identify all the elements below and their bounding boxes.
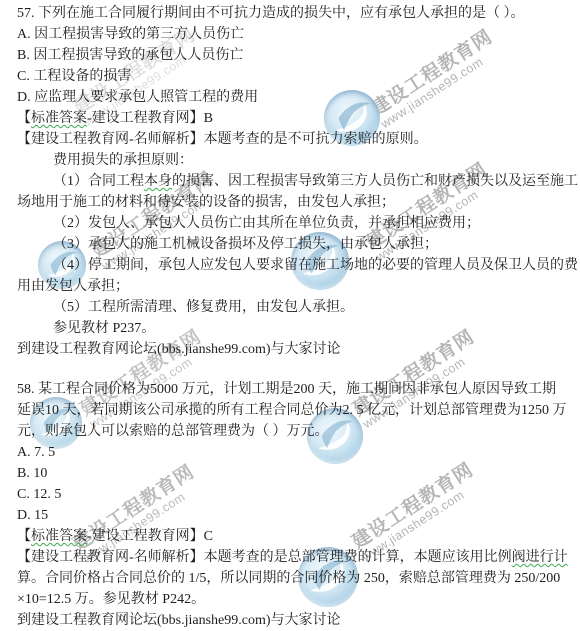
text-segment: （4）停工期间，承包人应发包人要求留在施工场地的必要的管理人员及保卫人员的费 [53,258,578,273]
text-line: 算。合同价格占合同总价的 1/5，所以同期的合同价格为 250，索赔总部管理费为… [17,568,580,589]
text-segment: 费用损失的承担原则： [53,153,193,168]
grammar-marked-text: 标准答案 [31,529,87,544]
text-line: 延误10 天，若同期该公司承揽的所有工程合同总价为2. 5 亿元，计划总部管理费… [17,400,580,421]
text-line: （2）发包人、承包人人员伤亡由其所在单位负责，并承担相应费用； [17,213,580,234]
grammar-marked-text: 标准答案 [31,111,87,126]
text-segment: 延误10 天，若同期该公司承揽的所有工程合同总价为2. 5 亿元，计划总部管理费… [17,403,567,418]
exam-content: 57. 下列在施工合同履行期间由不可抗力造成的损失中，应有承包人承担的是（ ）。… [17,3,580,631]
text-line: 费用损失的承担原则： [17,150,580,171]
text-segment: D. 15 [17,508,48,523]
text-line: C. 工程设备的损害 [17,66,580,87]
block-gap [17,360,580,379]
text-segment: 元，则承包人可以索赔的总部管理费为（ ）万元。 [17,424,329,439]
text-segment: 57. 下列在施工合同履行期间由不可抗力造成的损失中，应有承包人承担的是（ ）。 [17,6,525,21]
text-line: A. 因工程损害导致的第三方人员伤亡 [17,24,580,45]
text-segment: 参见教材 P237。 [53,321,155,336]
grammar-marked-text: 本身 [144,174,172,189]
text-line: C. 12. 5 [17,484,580,505]
text-line: 【建设工程教育网-名师解析】本题考查的是不可抗力索赔的原则。 [17,129,580,150]
text-line: 【建设工程教育网-名师解析】本题考查的是总部管理费的计算，本题应该用比例阀进行计 [17,547,580,568]
text-segment: C. 12. 5 [17,487,61,502]
text-segment: 【建设工程教育网-名师解析】本题考查的是总部管理费的计算，本题应该用比例 [17,550,512,565]
text-line: 场地用于施工的材料和待安装的设备的损害，由发包人承担； [17,192,580,213]
text-line: 元，则承包人可以索赔的总部管理费为（ ）万元。 [17,421,580,442]
text-segment: 算。合同价格占合同总价的 1/5，所以同期的合同价格为 250，索赔总部管理费为… [17,571,560,586]
text-line: B. 10 [17,463,580,484]
text-segment: 到建设工程教育网论坛(bbs.jianshe99.com)与大家讨论 [17,342,341,357]
text-line: 57. 下列在施工合同履行期间由不可抗力造成的损失中，应有承包人承担的是（ ）。 [17,3,580,24]
text-line: D. 应监理人要求承包人照管工程的费用 [17,87,580,108]
text-segment: C. 工程设备的损害 [17,69,131,84]
text-segment: B. 因工程损害导致的承包人人员伤亡 [17,48,243,63]
text-line: 参见教材 P237。 [17,318,580,339]
text-line: 【标准答案-建设工程教育网】C [17,526,580,547]
text-segment: ×10=12.5 万。参见教材 P242。 [17,592,205,607]
text-line: （4）停工期间，承包人应发包人要求留在施工场地的必要的管理人员及保卫人员的费 [17,255,580,276]
text-line: 到建设工程教育网论坛(bbs.jianshe99.com)与大家讨论 [17,339,580,360]
text-segment: 【建设工程教育网-名师解析】本题考查的是不可抗力索赔的原则。 [17,132,428,147]
text-segment: 用由发包人承担； [17,279,129,294]
text-segment: （3）承包人的施工机械设备损坏及停工损失，由承包人承担； [53,237,438,252]
text-line: 用由发包人承担； [17,276,580,297]
text-segment: 58. 某工程合同价格为5000 万元，计划工期是200 天，施工期间因非承包人… [17,382,556,397]
text-segment: 的损害、因工程损害导致第三方人员伤亡和财产损失以及运至施工 [172,174,578,189]
text-line: A. 7. 5 [17,442,580,463]
text-line: （1）合同工程本身的损害、因工程损害导致第三方人员伤亡和财产损失以及运至施工 [17,171,580,192]
text-segment: -建设工程教育网】C [87,529,213,544]
text-line: 【标准答案-建设工程教育网】B [17,108,580,129]
text-segment: A. 7. 5 [17,445,55,460]
text-line: D. 15 [17,505,580,526]
text-segment: 【 [17,111,31,126]
text-segment: （1）合同工程 [53,174,144,189]
text-segment: -建设工程教育网】B [87,111,213,126]
text-line: 58. 某工程合同价格为5000 万元，计划工期是200 天，施工期间因非承包人… [17,379,580,400]
text-segment: B. 10 [17,466,47,481]
document-page: 建设工程教育网www.jianshe99.com建设工程教育网www.jians… [0,0,580,631]
text-line: B. 因工程损害导致的承包人人员伤亡 [17,45,580,66]
grammar-marked-text: 阀进行计 [512,550,568,565]
text-segment: 【 [17,529,31,544]
text-segment: （5）工程所需清理、修复费用，由发包人承担。 [53,300,354,315]
text-segment: A. 因工程损害导致的第三方人员伤亡 [17,27,244,42]
question-58: 58. 某工程合同价格为5000 万元，计划工期是200 天，施工期间因非承包人… [17,379,580,631]
text-segment: 到建设工程教育网论坛(bbs.jianshe99.com)与大家讨论 [17,613,341,628]
text-line: （5）工程所需清理、修复费用，由发包人承担。 [17,297,580,318]
text-segment: （2）发包人、承包人人员伤亡由其所在单位负责，并承担相应费用； [53,216,480,231]
text-line: （3）承包人的施工机械设备损坏及停工损失，由承包人承担； [17,234,580,255]
text-segment: D. 应监理人要求承包人照管工程的费用 [17,90,258,105]
text-line: ×10=12.5 万。参见教材 P242。 [17,589,580,610]
question-57: 57. 下列在施工合同履行期间由不可抗力造成的损失中，应有承包人承担的是（ ）。… [17,3,580,360]
text-line: 到建设工程教育网论坛(bbs.jianshe99.com)与大家讨论 [17,610,580,631]
text-segment: 场地用于施工的材料和待安装的设备的损害，由发包人承担； [17,195,395,210]
